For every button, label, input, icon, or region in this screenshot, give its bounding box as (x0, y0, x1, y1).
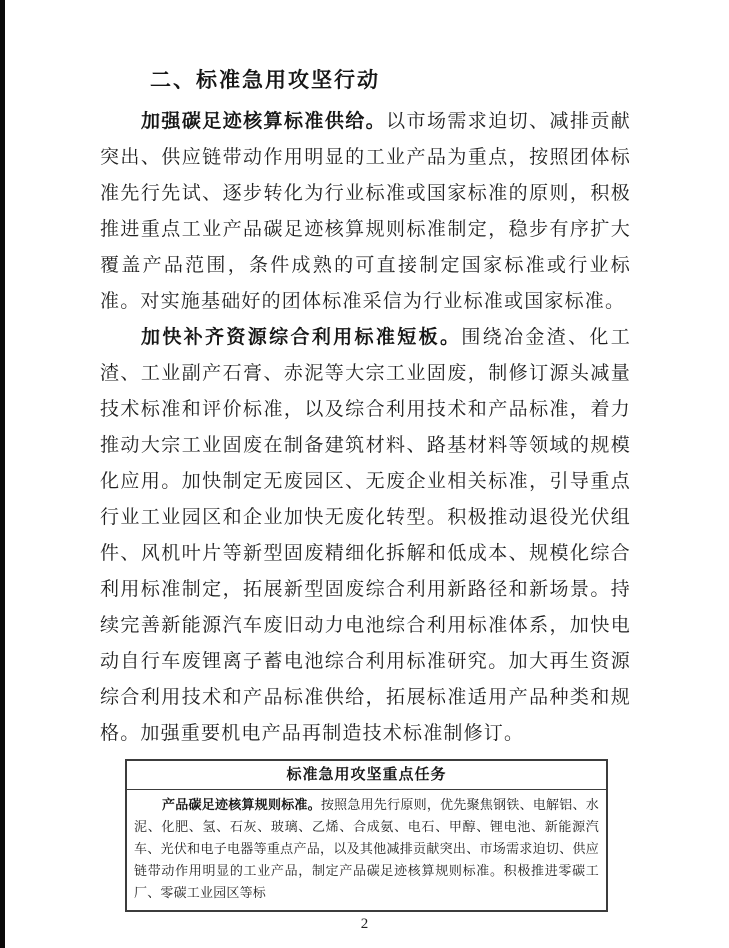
key-tasks-box: 标准急用攻坚重点任务 产品碳足迹核算规则标准。按照急用先行原则，优先聚焦钢铁、电… (125, 759, 608, 912)
key-tasks-box-body: 按照急用先行原则，优先聚焦钢铁、电解铝、水泥、化肥、氢、石灰、玻璃、乙烯、合成氨… (134, 797, 599, 900)
paragraph-resource-utilization: 加快补齐资源综合利用标准短板。围绕冶金渣、化工渣、工业副产石膏、赤泥等大宗工业固… (100, 320, 631, 752)
document-page: { "heading": "二、标准急用攻坚行动", "paragraphs":… (0, 0, 729, 948)
key-tasks-box-title: 标准急用攻坚重点任务 (127, 761, 606, 790)
paragraph-resource-utilization-body: 围绕冶金渣、化工渣、工业副产石膏、赤泥等大宗工业固废，制修订源头减量技术标准和评… (100, 327, 631, 744)
key-tasks-box-lead: 产品碳足迹核算规则标准。 (162, 797, 321, 812)
key-tasks-box-text: 产品碳足迹核算规则标准。按照急用先行原则，优先聚焦钢铁、电解铝、水泥、化肥、氢、… (127, 790, 606, 910)
section-heading: 二、标准急用攻坚行动 (100, 62, 631, 100)
paragraph-carbon-footprint: 加强碳足迹核算标准供给。以市场需求迫切、减排贡献突出、供应链带动作用明显的工业产… (100, 104, 631, 320)
page-number: 2 (0, 916, 729, 933)
paragraph-carbon-footprint-lead: 加强碳足迹核算标准供给。 (141, 111, 386, 132)
paragraph-carbon-footprint-body: 以市场需求迫切、减排贡献突出、供应链带动作用明显的工业产品为重点，按照团体标准先… (100, 111, 631, 312)
document-content: 二、标准急用攻坚行动 加强碳足迹核算标准供给。以市场需求迫切、减排贡献突出、供应… (100, 62, 631, 912)
scan-left-edge-artifact (0, 0, 5, 948)
paragraph-resource-utilization-lead: 加快补齐资源综合利用标准短板。 (141, 327, 461, 348)
